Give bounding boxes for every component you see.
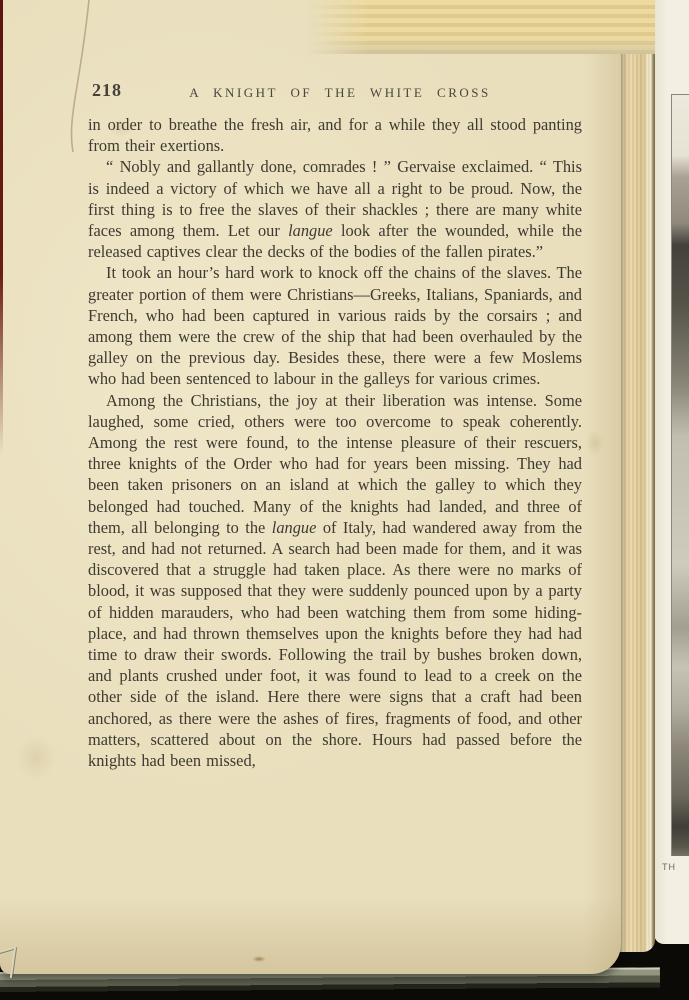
italic-text: langue xyxy=(272,518,317,537)
running-title: A KNIGHT OF THE WHITE CROSS xyxy=(60,85,620,101)
fore-edge-page-stack xyxy=(616,0,655,952)
paper-stain xyxy=(586,430,604,456)
paper-stain xyxy=(16,735,56,781)
body-text: of Italy, had wandered away from the res… xyxy=(88,518,582,770)
paragraph: Among the Christians, the joy at their l… xyxy=(88,390,582,772)
top-edge-bands xyxy=(308,0,655,54)
body-text: in order to breathe the fresh air, and f… xyxy=(88,115,582,155)
body-text: Among the Christians, the joy at their l… xyxy=(88,391,582,537)
paragraph: in order to breathe the fresh air, and f… xyxy=(88,114,582,156)
facing-page-sliver: TH xyxy=(654,0,689,944)
scanned-page: 218 A KNIGHT OF THE WHITE CROSS in order… xyxy=(0,0,621,974)
cover-sliver xyxy=(0,0,3,456)
paragraph: “ Nobly and gallantly done, comrades ! ”… xyxy=(88,156,582,262)
italic-text: langue xyxy=(288,221,333,240)
body-text: It took an hour’s hard work to knock off… xyxy=(88,263,582,388)
paper-stain xyxy=(252,956,266,962)
plate-illustration-sliver xyxy=(671,94,689,856)
book-page-photo: TH 218 A KNIGHT OF THE WHITE CROSS in or… xyxy=(0,0,689,1000)
plate-caption-fragment: TH xyxy=(662,862,676,872)
paragraph: It took an hour’s hard work to knock off… xyxy=(88,262,582,389)
text-block: in order to breathe the fresh air, and f… xyxy=(88,114,582,771)
